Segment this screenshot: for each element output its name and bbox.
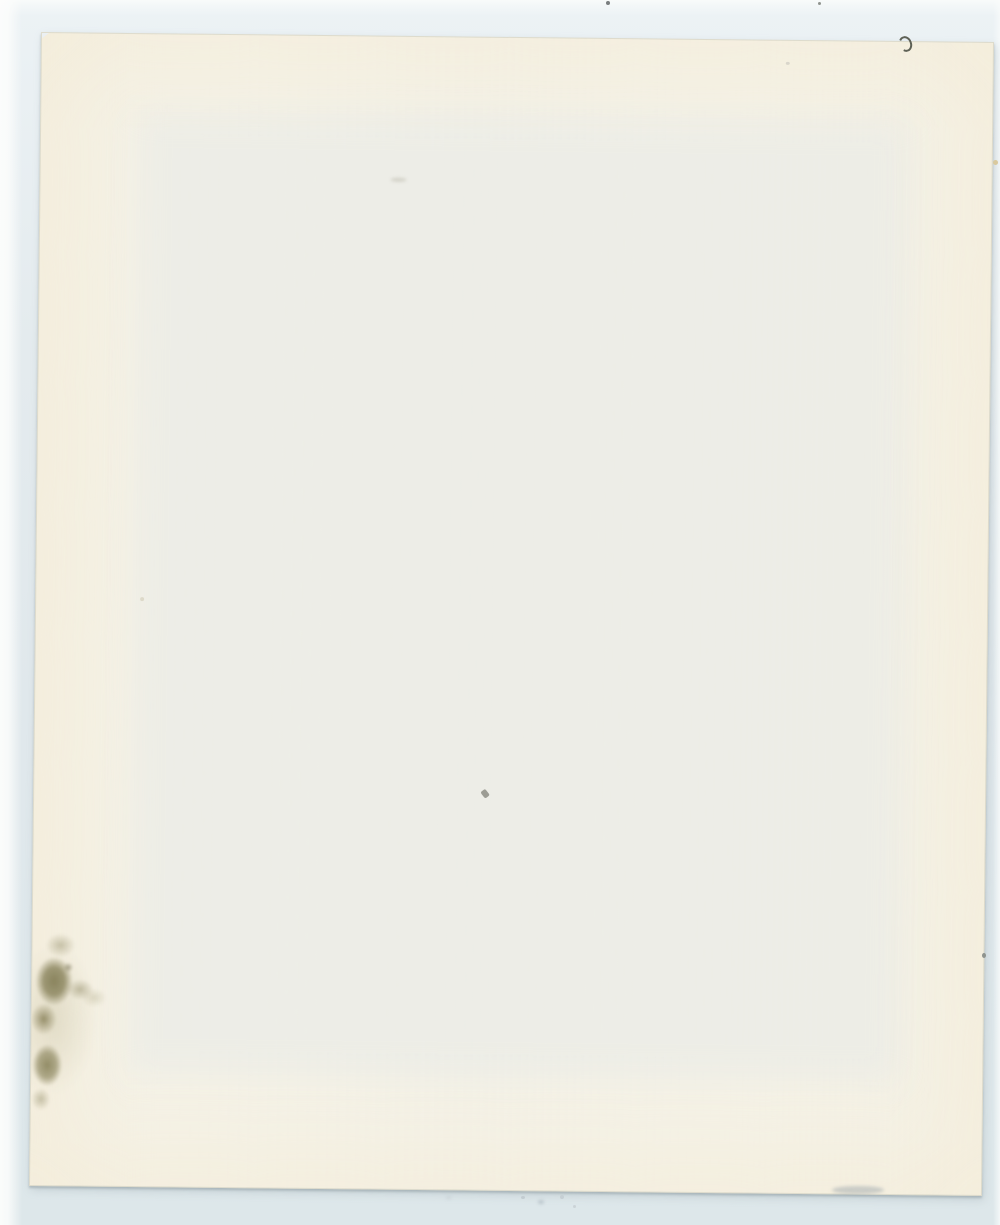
speck-top-mid <box>786 62 790 65</box>
stain <box>29 919 117 1116</box>
debris-bottom-d <box>560 1195 564 1199</box>
paper-sheet <box>29 32 994 1196</box>
debris-bottom-c <box>538 1200 544 1204</box>
dot-top-margin-b <box>818 2 821 5</box>
debris-bottom-a <box>446 1196 451 1199</box>
debris-bottom-b <box>521 1196 525 1199</box>
speck-right-margin <box>993 160 998 165</box>
corner-nick <box>41 32 50 39</box>
image-showthrough <box>127 112 910 1082</box>
debris-bottom-e <box>573 1205 576 1208</box>
scanner-bed <box>0 0 1000 1225</box>
dot-top-margin-a <box>606 1 610 5</box>
